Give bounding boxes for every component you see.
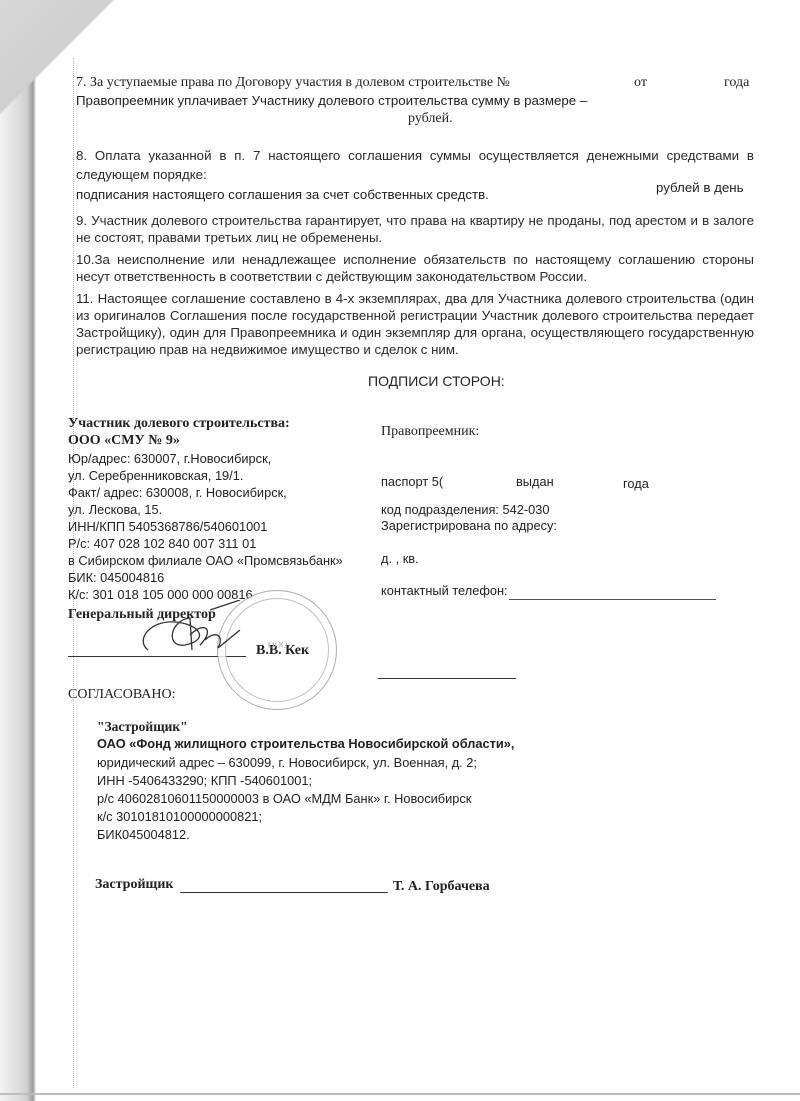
successor-division-code: код подразделения: 542-030 [381, 502, 549, 517]
successor-phone-label: контактный телефон: [381, 583, 508, 598]
clause-11: 11. Настоящее соглашение составлено в 4-… [76, 290, 754, 358]
clause-7-rubles: рублей. [408, 111, 453, 127]
approved-label: СОГЛАСОВАНО: [68, 687, 176, 703]
developer-signer-label: Застройщик [95, 877, 173, 893]
scan-folded-corner [0, 0, 120, 130]
clause-7-line-2: Правопреемник уплачивает Участнику долев… [76, 93, 587, 108]
developer-line: ИНН -5406433290; КПП -540601001; [97, 773, 312, 788]
clause-8-line-3: подписания настоящего соглашения за счет… [76, 187, 489, 202]
participant-line: БИК: 045004816 [68, 570, 164, 585]
clause-7-year: года [724, 75, 749, 91]
developer-role: "Застройщик" [97, 719, 188, 735]
successor-passport: паспорт 5( [381, 474, 443, 489]
participant-line: ИНН/КПП 5405368786/540601001 [68, 519, 267, 534]
company-stamp-text: ООО [268, 640, 288, 650]
developer-signer-name: Т. А. Горбачева [393, 879, 490, 895]
developer-line: к/с 30101810100000000821; [97, 809, 262, 824]
developer-company: ОАО «Фонд жилищного строительства Новоси… [97, 736, 514, 751]
developer-line: р/с 40602810601150000003 в ОАО «МДМ Банк… [97, 791, 471, 806]
scan-bottom-edge [0, 1093, 800, 1095]
successor-heading: Правопреемник: [381, 424, 479, 440]
developer-signature-line [180, 892, 388, 893]
developer-line: БИК045004812. [97, 827, 190, 842]
developer-line: юридический адрес – 630099, г. Новосибир… [97, 755, 477, 770]
scan-shadow-edge [0, 0, 36, 1101]
participant-heading: Участник долевого строительства: [68, 416, 290, 432]
clause-7-from: от [634, 75, 647, 91]
participant-line: Факт/ адрес: 630008, г. Новосибирск, [68, 485, 287, 500]
participant-line: ул. Лескова, 15. [68, 502, 162, 517]
clause-8-rubles-per-day: рублей в день [656, 180, 744, 195]
participant-line: Юр/адрес: 630007, г.Новосибирск, [68, 451, 271, 466]
clause-10: 10.За неисполнение или ненадлежащее испо… [76, 251, 754, 285]
signatures-title: ПОДПИСИ СТОРОН: [368, 373, 505, 389]
successor-year: года [623, 476, 649, 491]
participant-company: ООО «СМУ № 9» [68, 433, 180, 449]
participant-line: ул. Серебренниковская, 19/1. [68, 468, 243, 483]
clause-9: 9. Участник долевого строительства гаран… [76, 212, 754, 246]
clause-8: 8. Оплата указанной в п. 7 настоящего со… [76, 146, 754, 184]
participant-line: Р/с: 407 028 102 840 007 311 01 [68, 536, 256, 551]
successor-registered: Зарегистрирована по адресу: [381, 518, 557, 533]
successor-house: д. , кв. [381, 551, 419, 566]
clause-7-line-1: 7. За уступаемые права по Договору участ… [76, 75, 510, 91]
successor-signature-line [378, 678, 516, 679]
successor-phone-line [509, 599, 716, 600]
participant-line: в Сибирском филиале ОАО «Промсвязьбанк» [68, 553, 343, 568]
successor-issued: выдан [516, 474, 554, 489]
director-signature-icon [130, 600, 250, 660]
